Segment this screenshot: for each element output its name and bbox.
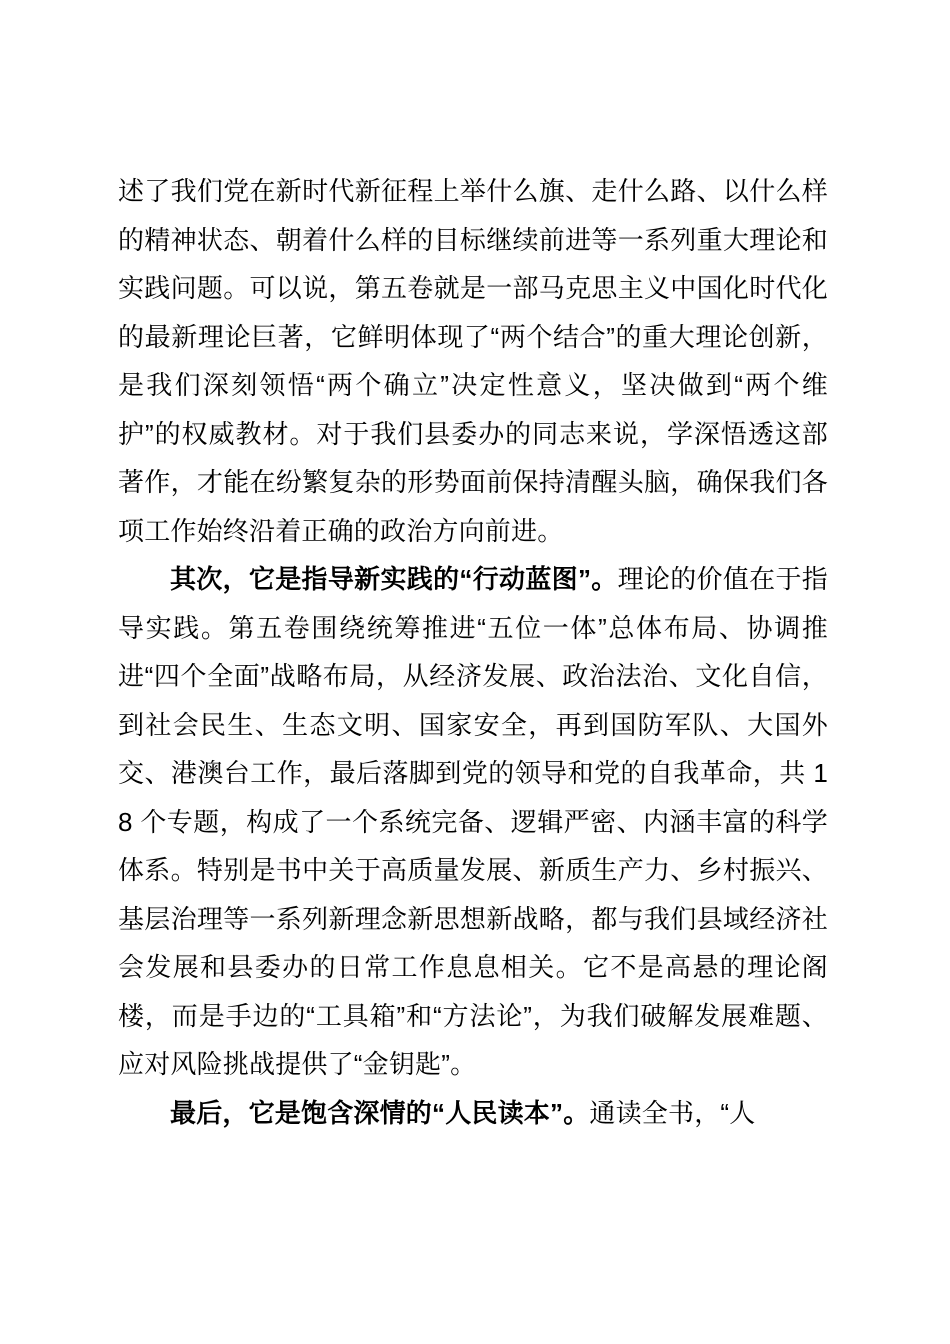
document-body: 述了我们党在新时代新征程上举什么旗、走什么路、以什么样的精神状态、朝着什么样的目… bbox=[118, 167, 828, 1137]
paragraph: 其次，它是指导新实践的“行动蓝图”。理论的价值在于指导实践。第五卷围绕统筹推进“… bbox=[118, 555, 828, 1089]
text-run: 述了我们党在新时代新征程上举什么旗、走什么路、以什么样的精神状态、朝着什么样的目… bbox=[118, 176, 828, 546]
document-page: 述了我们党在新时代新征程上举什么旗、走什么路、以什么样的精神状态、朝着什么样的目… bbox=[0, 0, 950, 1344]
bold-text-run: 最后，它是饱含深情的“人民读本”。 bbox=[170, 1098, 589, 1128]
text-run: 通读全书，“人 bbox=[589, 1098, 755, 1128]
paragraph: 最后，它是饱含深情的“人民读本”。通读全书，“人 bbox=[118, 1089, 828, 1138]
text-run: 理论的价值在于指导实践。第五卷围绕统筹推进“五位一体”总体布局、协调推进“四个全… bbox=[118, 564, 828, 1079]
paragraph: 述了我们党在新时代新征程上举什么旗、走什么路、以什么样的精神状态、朝着什么样的目… bbox=[118, 167, 828, 555]
bold-text-run: 其次，它是指导新实践的“行动蓝图”。 bbox=[170, 564, 618, 594]
